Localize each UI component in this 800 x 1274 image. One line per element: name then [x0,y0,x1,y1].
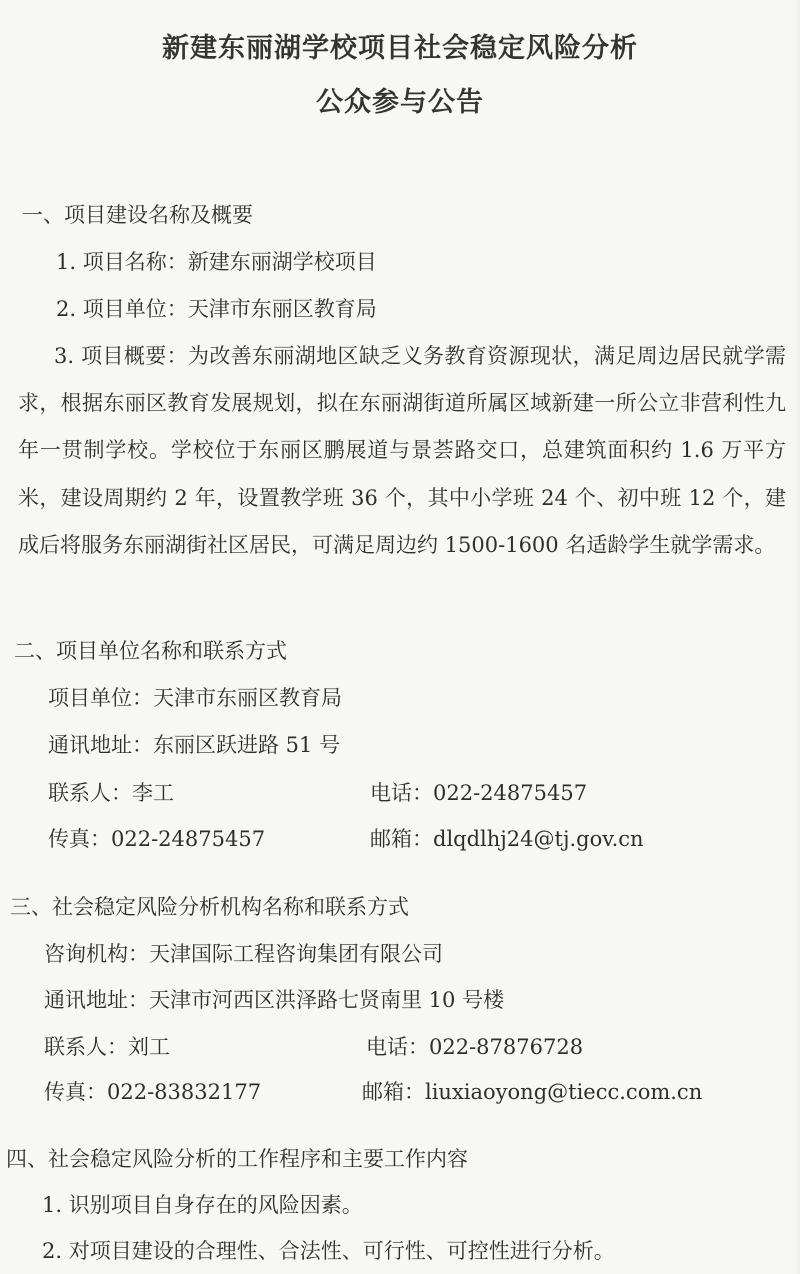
document-subtitle: 公众参与公告 [0,80,800,119]
section-1-item-3-overview: 3. 项目概要：为改善东丽湖地区缺乏义务教育资源现状，满足周边居民就学需求，根据… [18,333,786,569]
project-phone: 电话：022-24875457 [370,779,587,807]
document-page: 新建东丽湖学校项目社会稳定风险分析 公众参与公告 一、项目建设名称及概要 1. … [0,0,800,1274]
section-1-item-1: 1. 项目名称：新建东丽湖学校项目 [56,248,377,276]
agency-name: 咨询机构：天津国际工程咨询集团有限公司 [44,940,443,968]
section-4-heading: 四、社会稳定风险分析的工作程序和主要工作内容 [6,1145,468,1173]
section-1-heading: 一、项目建设名称及概要 [22,201,253,229]
document-title: 新建东丽湖学校项目社会稳定风险分析 [0,26,800,65]
agency-address: 通讯地址：天津市河西区洪泽路七贤南里 10 号楼 [44,986,504,1014]
agency-email: 邮箱：liuxiaoyong@tiecc.com.cn [362,1078,702,1106]
section-3-heading: 三、社会稳定风险分析机构名称和联系方式 [10,893,409,921]
page-edge [794,0,800,1274]
agency-fax: 传真：022-83832177 [44,1078,261,1106]
agency-contact-person: 联系人：刘工 [44,1033,170,1061]
project-address: 通讯地址：东丽区跃进路 51 号 [48,731,340,759]
section-1-item-2: 2. 项目单位：天津市东丽区教育局 [56,295,377,323]
section-4-item-2: 2. 对项目建设的合理性、合法性、可行性、可控性进行分析。 [42,1237,615,1265]
project-email: 邮箱：dlqdlhj24@tj.gov.cn [370,825,644,853]
project-fax: 传真：022-24875457 [48,825,265,853]
section-4-item-1: 1. 识别项目自身存在的风险因素。 [42,1191,363,1219]
section-2-heading: 二、项目单位名称和联系方式 [14,637,287,665]
project-contact-person: 联系人：李工 [48,779,174,807]
project-unit: 项目单位：天津市东丽区教育局 [48,684,342,712]
agency-phone: 电话：022-87876728 [366,1033,583,1061]
